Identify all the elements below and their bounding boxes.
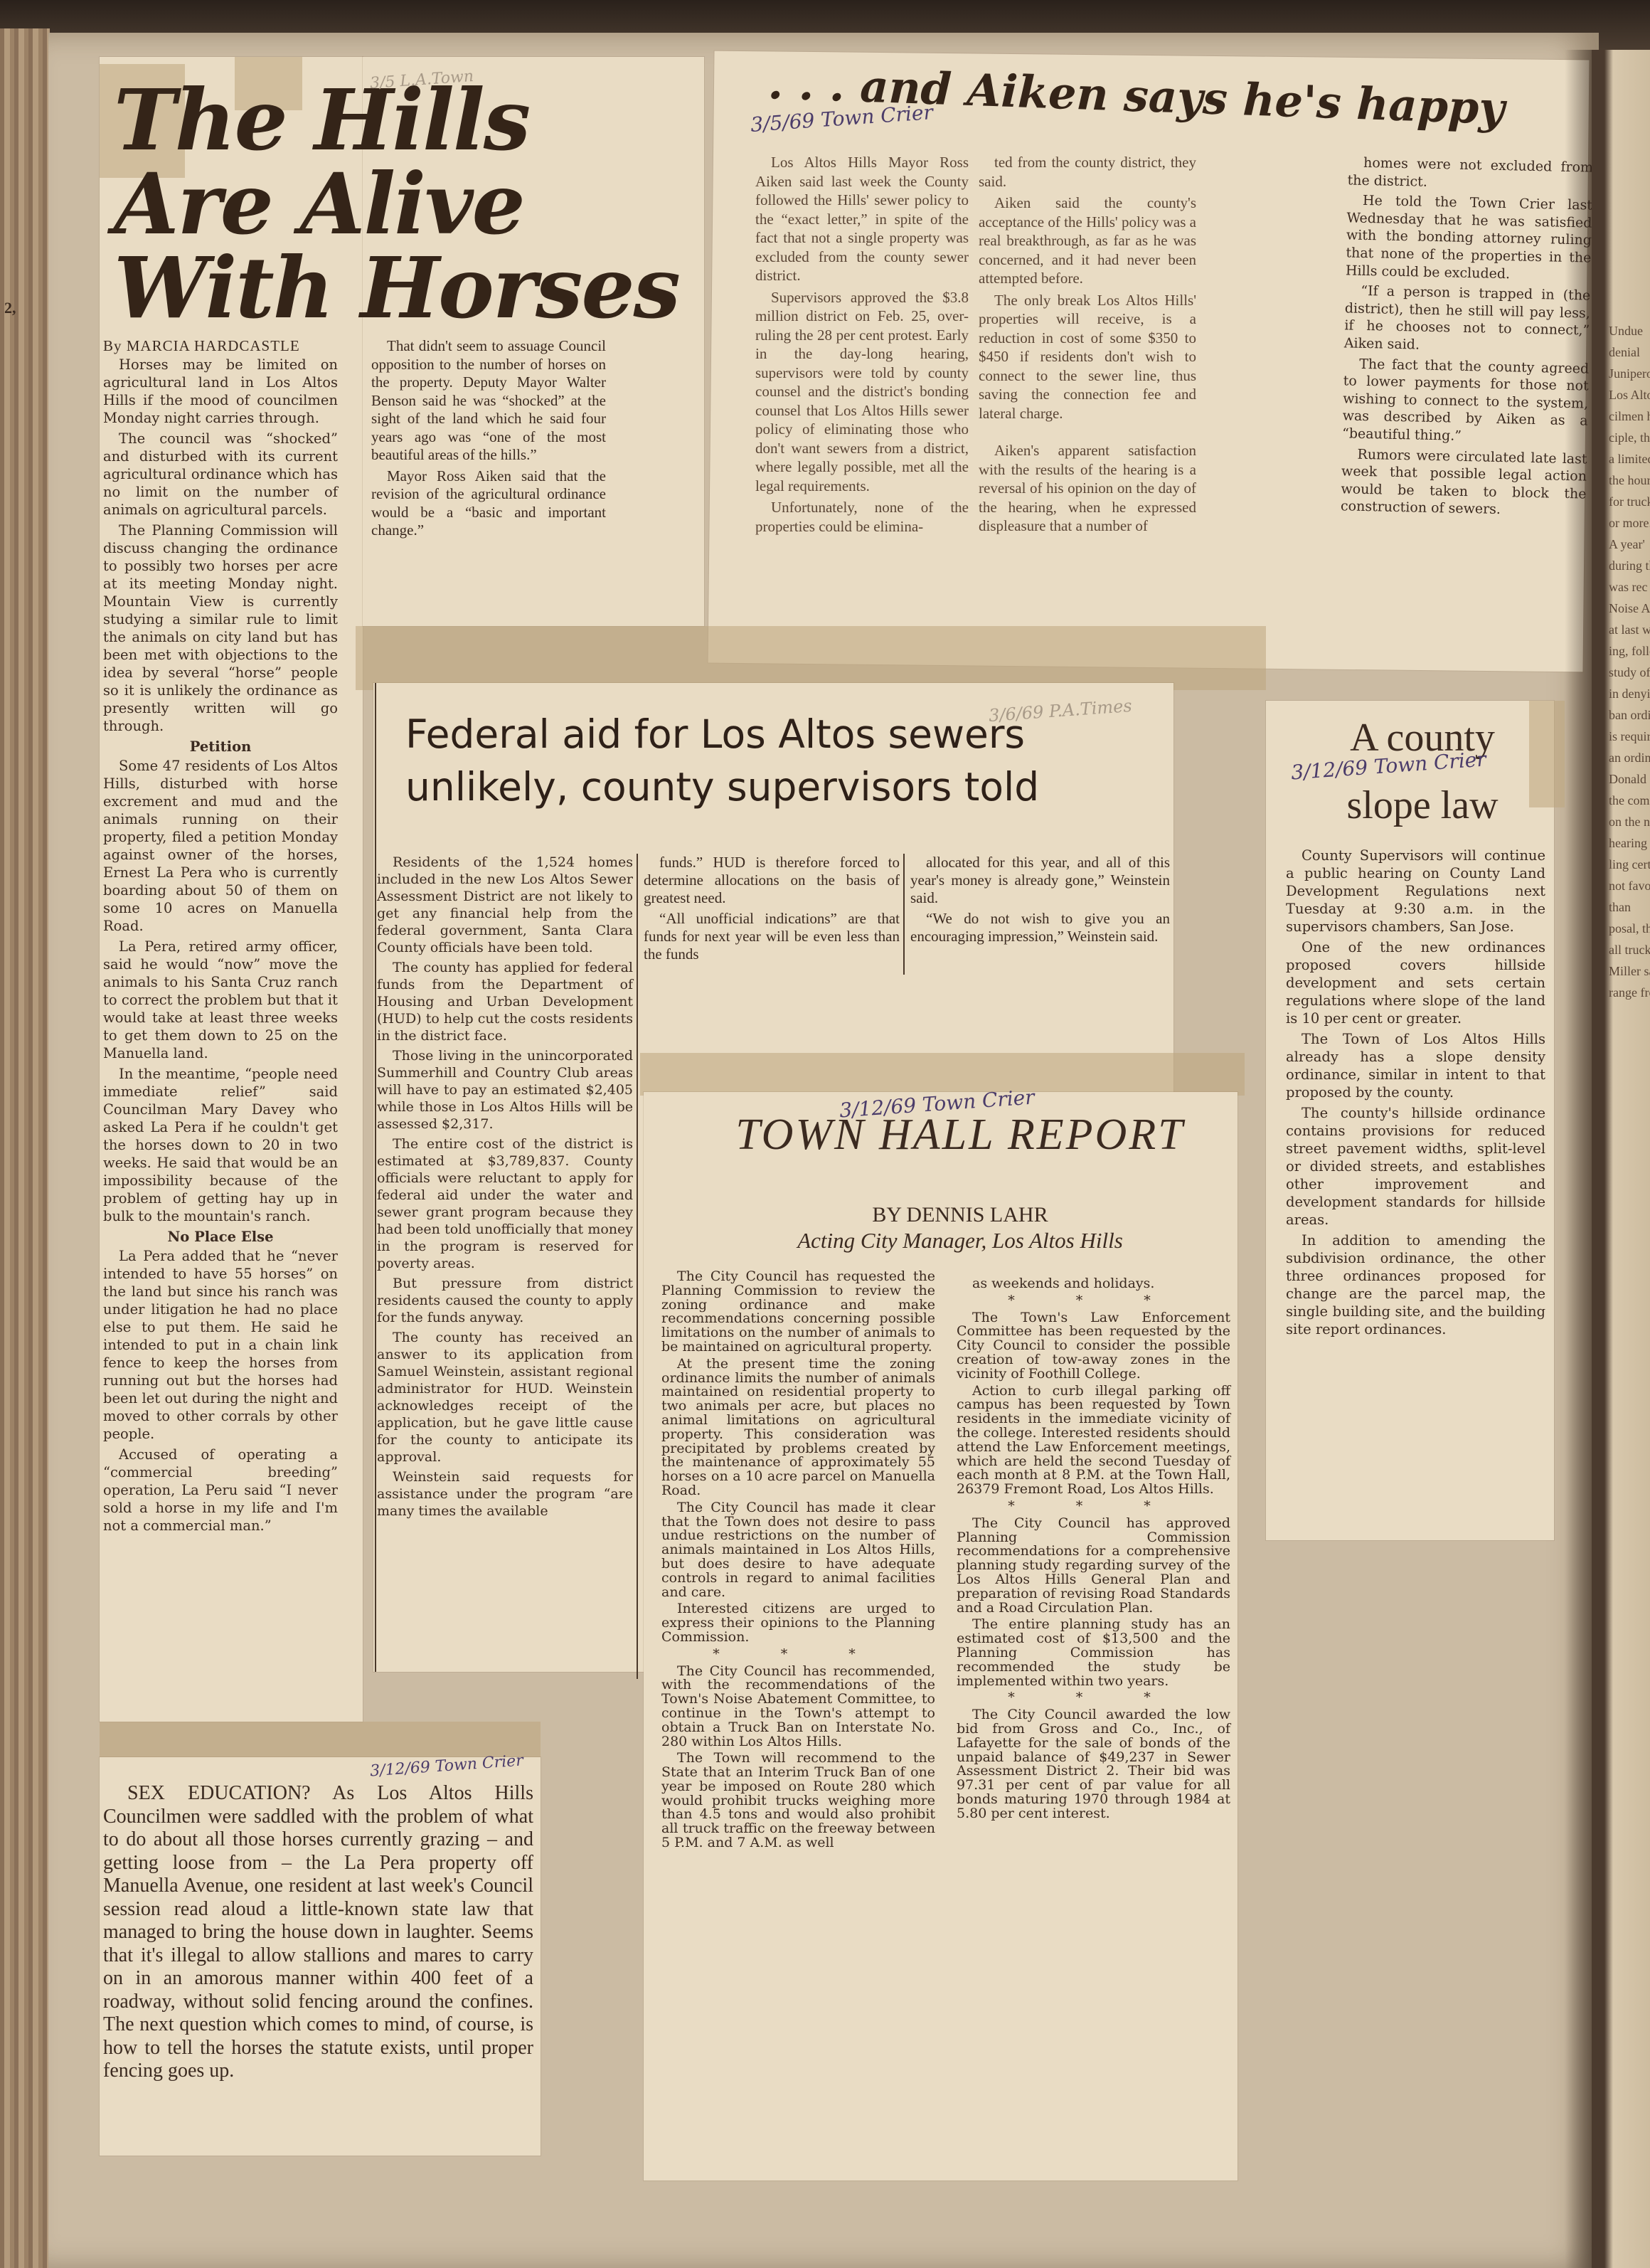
town-hall-headline: TOWN HALL REPORT [704, 1110, 1216, 1160]
column-rule [375, 683, 376, 1672]
section-separator: * * * [661, 1648, 935, 1662]
adjacent-page-line: A year' [1609, 534, 1650, 555]
adjacent-page-line: ciple, th [1609, 427, 1650, 448]
adjacent-page-line: for truck [1609, 491, 1650, 512]
federal-aid-headline: Federal aid for Los Altos sewers unlikel… [405, 708, 1039, 813]
column-rule [903, 854, 905, 975]
section-separator: * * * [957, 1294, 1230, 1308]
horses-byline: By MARCIA HARDCASTLE [103, 337, 300, 355]
adjacent-page-line: was rec [1609, 576, 1650, 598]
adjacent-page-line: ban ordina [1609, 704, 1650, 726]
adjacent-page-line: or more. [1609, 512, 1650, 534]
adjacent-page-line: denial [1609, 341, 1650, 363]
aiken-column-3: homes were not excluded from the distric… [1341, 154, 1594, 523]
horses-column-2: That didn't seem to assuage Council oppo… [371, 337, 606, 543]
town-hall-column-1: The City Council has requested the Plann… [661, 1270, 935, 1853]
adjacent-page-line: an ordinan [1609, 747, 1650, 768]
binding-mark: 2, [4, 299, 16, 317]
column-rule [637, 854, 638, 1679]
federal-aid-column-2: funds.” HUD is therefore forced to deter… [644, 854, 900, 966]
section-separator: * * * [957, 1500, 1230, 1514]
adjacent-page-line: not favor [1609, 875, 1650, 896]
adjacent-page-line: posal, th [1609, 918, 1650, 939]
adjacent-page-text-fragments: UnduedenialJuniperoLos Altocilmen hciple… [1592, 50, 1650, 1003]
adjacent-page-line: at last we [1609, 619, 1650, 640]
adjacent-page-line: Los Alto [1609, 384, 1650, 406]
horses-column-1: Horses may be limited on agricultural la… [103, 356, 338, 1537]
federal-aid-column-1: Residents of the 1,524 homes included in… [377, 854, 633, 1522]
section-separator: * * * [957, 1691, 1230, 1705]
aiken-column-1: Los Altos Hills Mayor Ross Aiken said la… [755, 153, 969, 539]
town-hall-column-2: as weekends and holidays. * * * The Town… [957, 1277, 1230, 1823]
adjacent-page-line: the commit [1609, 790, 1650, 811]
adjacent-page-line: is require [1609, 726, 1650, 747]
adjacent-page-line: in denyin [1609, 683, 1650, 704]
adjacent-page-line: cilmen h [1609, 406, 1650, 427]
adjacent-page-line: ling certa [1609, 854, 1650, 875]
scrapbook-binding: 2, [0, 28, 50, 2268]
adjacent-page-line: during th [1609, 555, 1650, 576]
adjacent-page-line: than [1609, 896, 1650, 918]
adjacent-page-line: Miller sai [1609, 960, 1650, 982]
tape [356, 626, 1266, 690]
adjacent-page-line: hearing on [1609, 832, 1650, 854]
subhead-no-place-else: No Place Else [103, 1228, 338, 1246]
adjacent-page-line: Junipero [1609, 363, 1650, 384]
horses-headline: The Hills Are Alive With Horses [114, 78, 679, 330]
adjacent-page-strip: UnduedenialJuniperoLos Altocilmen hciple… [1592, 50, 1650, 2268]
tape [640, 1053, 1245, 1096]
adjacent-page-line: Noise Ab [1609, 598, 1650, 619]
adjacent-page-line: study of t [1609, 662, 1650, 683]
adjacent-page-line: a limited [1609, 448, 1650, 470]
adjacent-page-line: Undue [1609, 320, 1650, 341]
sex-education-body: SEX EDUCATION? As Los Altos Hills Counci… [103, 1782, 533, 2086]
subhead-petition: Petition [103, 738, 338, 756]
adjacent-page-line: range from [1609, 982, 1650, 1003]
adjacent-page-line: Donald M [1609, 768, 1650, 790]
aiken-column-2: ted from the county district, they said.… [979, 153, 1196, 539]
town-hall-byline: BY DENNIS LAHR Acting City Manager, Los … [704, 1202, 1216, 1254]
adjacent-page-line: the hours [1609, 470, 1650, 491]
adjacent-page-line: on the ne [1609, 811, 1650, 832]
adjacent-page-line: all trucks [1609, 939, 1650, 960]
adjacent-page-line: ing, follo [1609, 640, 1650, 662]
slope-law-body: County Supervisors will continue a publi… [1286, 847, 1545, 1341]
federal-aid-column-3: allocated for this year, and all of this… [910, 854, 1170, 948]
